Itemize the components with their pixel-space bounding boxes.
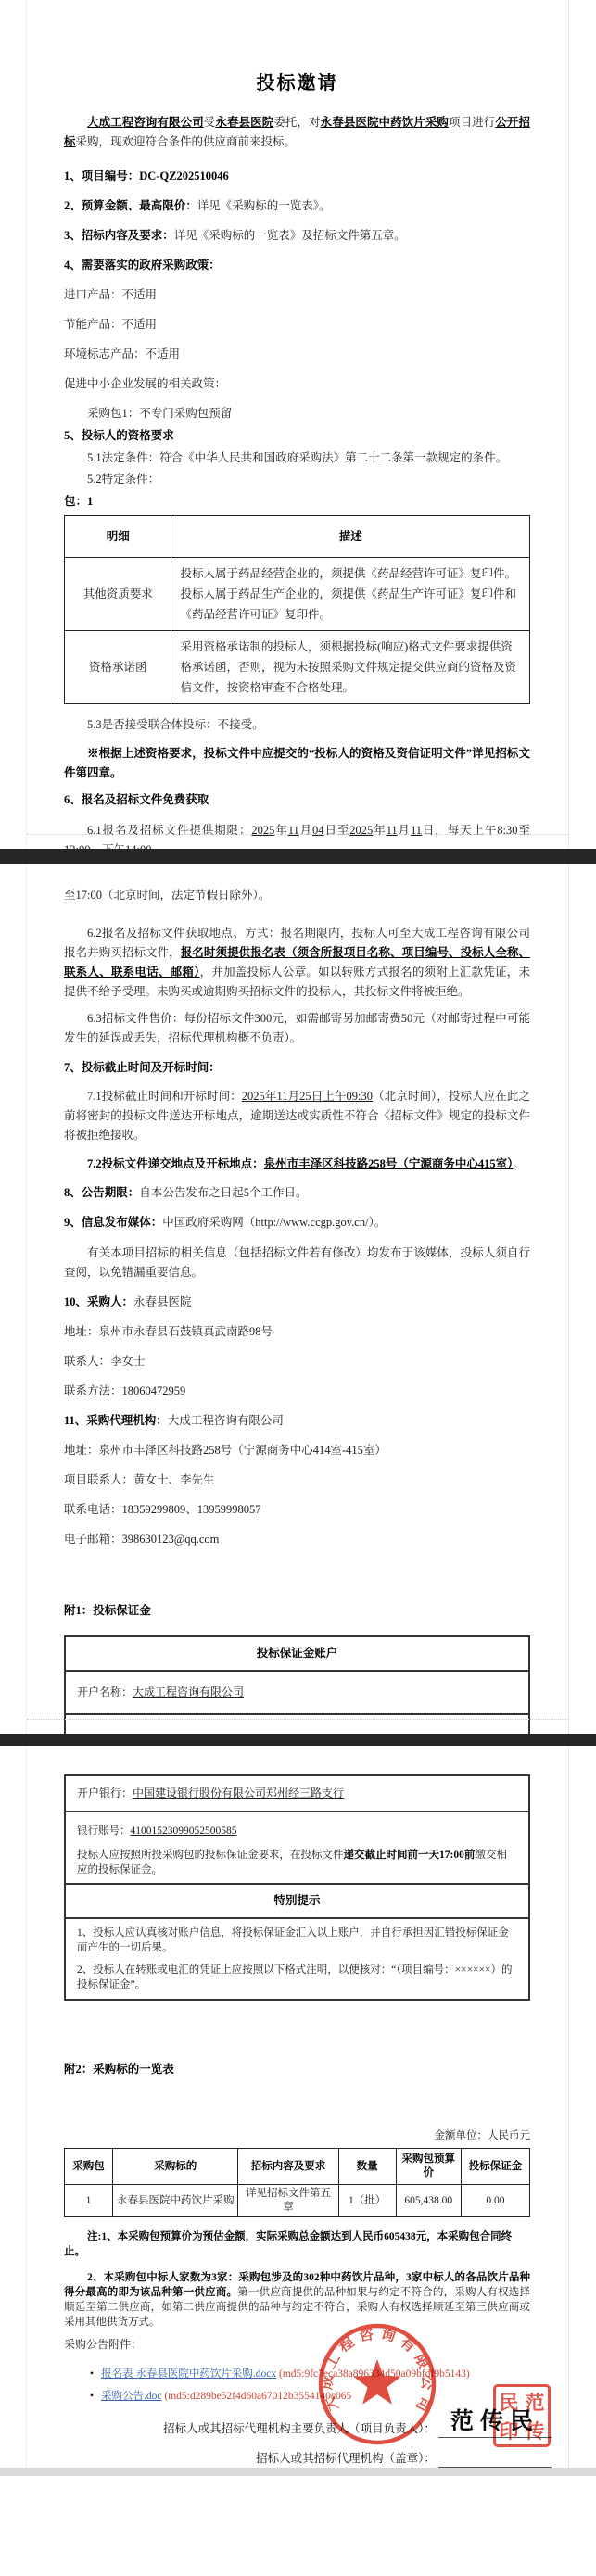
- text-run: 11: [387, 824, 398, 837]
- section-5-2: 5.2特定条件：: [64, 470, 530, 489]
- text-run: 7、投标截止时间及开标时间：: [64, 1061, 221, 1074]
- text-run: 开户银行：: [77, 1787, 133, 1799]
- text-run: 详见《采购标的一览表》。: [197, 199, 331, 212]
- section-6-2: 6.2报名及招标文件获取地点、方式：报名期限内，投标人可至大成工程咨询有限公司报…: [64, 924, 530, 1002]
- page-edge-shadow: [0, 2468, 596, 2476]
- text-run: 采购公告附件：: [64, 2338, 142, 2351]
- text-run: 注:1、本采购包预算价为预估金额，实际采购总金额达到人民币605438元，本采购…: [64, 2231, 512, 2257]
- text-run: 开户名称：: [77, 1686, 133, 1698]
- text-run: 项目进行: [449, 116, 495, 129]
- attachments-label: 采购公告附件：: [64, 2337, 530, 2352]
- stamp-line: [438, 2448, 552, 2468]
- text-run: 11、采购代理机构：: [64, 1414, 168, 1427]
- text-run: 项目联系人：黄女士、李先生: [64, 1473, 215, 1486]
- text-run: 永春县医院: [133, 1295, 192, 1308]
- page-2: 至17:00（北京时间，法定节假日除外）。 6.2报名及招标文件获取地点、方式：…: [26, 864, 569, 1734]
- page-1: 投标邀请 大成工程咨询有限公司受永春县医院委托，对永春县医院中药饮片采购项目进行…: [26, 0, 569, 849]
- table-row: 其他资质要求 投标人属于药品经营企业的，须提供《药品经营许可证》复印件。投标人属…: [65, 558, 530, 631]
- text-run: 5.2特定条件：: [87, 473, 159, 486]
- deposit-account-title: 投标保证金账户: [66, 1637, 528, 1670]
- document-canvas: 投标邀请 大成工程咨询有限公司受永春县医院委托，对永春县医院中药饮片采购项目进行…: [0, 0, 596, 2576]
- attachment-2-heading: 附2：采购标的一览表: [64, 2060, 530, 2079]
- text-run: 2025: [251, 824, 274, 837]
- attachment-link[interactable]: 采购公告.doc: [101, 2391, 161, 2402]
- text-run: 6.3招标文件售价：每份招标文件300元，如需邮寄另加邮寄费50元（对邮寄过程中…: [64, 1012, 530, 1044]
- text-run: 3、招标内容及要求：: [64, 229, 174, 242]
- lot-col-deposit: 投标保证金: [461, 2149, 529, 2185]
- table-continuation-cut: [64, 1715, 530, 1734]
- section-5-1: 5.1法定条件：符合《中华人民共和国政府采购法》第二十二条第一款规定的条件。: [64, 448, 530, 468]
- section-3-content: 3、招标内容及要求：详见《采购标的一览表》及招标文件第五章。: [64, 226, 530, 246]
- text-run: 采购，现欢迎符合条件的供应商前来投标。: [76, 135, 297, 148]
- text-run: 11: [288, 824, 299, 837]
- text-run: 月: [299, 824, 312, 837]
- lot-package: 1: [65, 2185, 113, 2217]
- text-run: 自本公告发布之日起5个工作日。: [139, 1186, 307, 1199]
- section-8-announcement-period: 8、公告期限：自本公告发布之日起5个工作日。: [64, 1183, 530, 1203]
- text-run: 联系人：李女士: [64, 1355, 146, 1368]
- section-6-1-continuation: 至17:00（北京时间，法定节假日除外）。: [64, 886, 530, 905]
- section-6-1: 6.1报名及招标文件提供期限：2025年11月04日至2025年11月11日，每…: [64, 821, 530, 849]
- text-run: 泉州市丰泽区科技路258号（宁源商务中心415室）: [264, 1157, 514, 1170]
- text-run: 5.1法定条件：符合《中华人民共和国政府采购法》第二十二条第一款规定的条件。: [87, 451, 507, 464]
- deposit-account-table-continued: 开户银行：中国建设银行股份有限公司郑州经三路支行 银行账号：4100152309…: [64, 1774, 530, 2001]
- deposit-account-table: 投标保证金账户 开户名称：大成工程咨询有限公司: [64, 1635, 530, 1715]
- section-6-registration: 6、报名及招标文件免费获取: [64, 790, 530, 810]
- text-run: 2025年11月25日上午09:30: [242, 1090, 373, 1103]
- section-6-3: 6.3招标文件售价：每份招标文件300元，如需邮寄另加邮寄费50元（对邮寄过程中…: [64, 1009, 530, 1048]
- lot-subject: 永春县医院中药饮片采购: [113, 2185, 238, 2217]
- text-run: 2、预算金额、最高限价：: [64, 199, 197, 212]
- account-number-row: 银行账号：41001523099052500585 投标人应按照所投采购包的投标…: [66, 1811, 528, 1883]
- special-notice-title: 特别提示: [66, 1883, 528, 1917]
- qual-row2-name: 资格承诺函: [65, 631, 171, 704]
- text-run: 中国政府采购网（http://www.ccgp.gov.cn/）。: [162, 1216, 386, 1229]
- text-run: 银行账号：: [77, 1825, 131, 1837]
- qual-row2-desc: 采用资格承诺制的投标人，须根据投标(响应)格式文件要求提供资格承诺函，否则，视为…: [171, 631, 530, 704]
- text-run: ※根据上述资格要求，投标文件中应提交的“投标人的资格及资信证明文件”详见招标文件…: [64, 747, 530, 779]
- text-run: 大成工程咨询有限公司: [87, 116, 204, 129]
- text-run: 采购包1：不专门采购包预留: [87, 407, 232, 420]
- text-run: 1、项目编号：DC-QZ202510046: [64, 170, 229, 183]
- text-run: 有关本项目招标的相关信息（包括招标文件若有修改）均发布于该媒体，投标人须自行查阅…: [64, 1246, 530, 1279]
- page-separator: [0, 1734, 596, 1746]
- text-run: 委托，对: [273, 116, 320, 129]
- purchaser-contact: 联系人：李女士: [64, 1352, 530, 1371]
- section-11-agency: 11、采购代理机构：大成工程咨询有限公司: [64, 1411, 530, 1431]
- special-notice-item2: 2、投标人在转账或电汇的凭证上应按照以下格式注明，以便核对：“（项目编号：×××…: [77, 1963, 517, 1992]
- special-notice-body: 1、投标人应认真核对账户信息，将投标保证金汇入以上账户，并自行承担因汇错投标保证…: [66, 1917, 528, 1999]
- text-run: 促进中小企业发展的相关政策：: [64, 377, 226, 390]
- bullet-icon: •: [90, 2389, 101, 2404]
- section-7-1: 7.1投标截止时间和开标时间：2025年11月25日上午09:30（北京时间），…: [64, 1087, 530, 1145]
- agency-address: 地址：泉州市丰泽区科技路258号（宁源商务中心414室-415室）: [64, 1441, 530, 1460]
- document-title: 投标邀请: [64, 70, 530, 96]
- text-run: 附1：投标保证金: [64, 1604, 151, 1617]
- qual-row1-desc: 投标人属于药品经营企业的，须提供《药品经营许可证》复印件。投标人属于药品生产企业…: [171, 558, 530, 631]
- text-run: 41001523099052500585: [131, 1825, 237, 1837]
- qualification-note: ※根据上述资格要求，投标文件中应提交的“投标人的资格及资信证明文件”详见招标文件…: [64, 744, 530, 783]
- lot-note-2: 2、本采购包中标人家数为3家：采购包涉及的302种中药饮片品种，3家中标人的各品…: [64, 2270, 530, 2330]
- text-run: 5.3是否接受联合体投标：不接受。: [87, 718, 264, 731]
- text-run: 永春县医院: [215, 116, 273, 129]
- text-run: (md5:d289be52f4d60a67012b3554140c065: [161, 2391, 351, 2402]
- agency-phone: 联系电话：18359299809、13959998057: [64, 1500, 530, 1520]
- text-run: 电子邮箱：398630123@qq.com: [64, 1533, 219, 1546]
- text-run: 至17:00（北京时间，法定节假日除外）。: [64, 889, 270, 902]
- lot-col-content: 招标内容及要求: [238, 2149, 338, 2185]
- text-run: 年: [274, 824, 287, 837]
- section-4-policy: 4、需要落实的政府采购政策：: [64, 256, 530, 275]
- text-run: 6.1报名及招标文件提供期限：: [87, 824, 251, 837]
- signature-name: 范传民: [450, 2409, 539, 2434]
- text-run: 日至: [324, 824, 350, 837]
- text-run: 4、需要落实的政府采购政策：: [64, 259, 221, 271]
- attachment-item-1: •报名表 永春县医院中药饮片采购.docx (md5:9fc7eca38a896…: [90, 2367, 530, 2381]
- policy-sme: 促进中小企业发展的相关政策：: [64, 374, 530, 394]
- responsible-person-row: 招标人或其招标代理机构主要负责人（项目负责人）： 范传民: [163, 2418, 552, 2438]
- text-run: 地址：泉州市永春县石鼓镇真武南路98号: [64, 1325, 273, 1338]
- purchaser-address: 地址：泉州市永春县石鼓镇真武南路98号: [64, 1322, 530, 1342]
- policy-env: 环境标志产品：不适用: [64, 345, 530, 364]
- text-run: 递交截止时间前一天17:00前: [344, 1850, 476, 1861]
- section-7-deadline: 7、投标截止时间及开标时间：: [64, 1058, 530, 1078]
- lot-quantity: 1（批）: [338, 2185, 396, 2217]
- text-run: 包：1: [64, 495, 93, 508]
- lot-content: 详见招标文件第五章: [238, 2185, 338, 2217]
- page-3: 开户银行：中国建设银行股份有限公司郑州经三路支行 银行账号：4100152309…: [26, 1746, 569, 2468]
- intro-paragraph: 大成工程咨询有限公司受永春县医院委托，对永春县医院中药饮片采购项目进行公开招标采…: [64, 113, 530, 152]
- account-number-note: 投标人应按照所投采购包的投标保证金要求，在投标文件递交截止时间前一天17:00前…: [77, 1848, 517, 1877]
- qual-col-description: 描述: [171, 516, 530, 558]
- text-run: 大成工程咨询有限公司: [133, 1686, 244, 1698]
- agency-stamp-row: 招标人或其招标代理机构（盖章）：: [256, 2448, 552, 2468]
- text-run: 永春县医院中药饮片采购: [321, 116, 449, 129]
- agency-contact: 项目联系人：黄女士、李先生: [64, 1471, 530, 1490]
- text-run: 年: [373, 824, 386, 837]
- lot-note-1: 注:1、本采购包预算价为预估金额，实际采购总金额达到人民币605438元，本采购…: [64, 2229, 530, 2259]
- text-run: (md5:9fc7eca38a896334d50a09bfdf9b5143): [276, 2368, 470, 2380]
- table-row: 资格承诺函 采用资格承诺制的投标人，须根据投标(响应)格式文件要求提供资格承诺函…: [65, 631, 530, 704]
- text-run: 联系电话：18359299809、13959998057: [64, 1503, 261, 1516]
- text-run: 10、采购人：: [64, 1295, 133, 1308]
- text-run: 8、公告期限：: [64, 1186, 139, 1199]
- signature-line: 范传民: [438, 2418, 552, 2438]
- lot-deposit: 0.00: [461, 2185, 529, 2217]
- text-run: 1、投标人应认真核对账户信息，将投标保证金汇入以上账户，并自行承担因汇错投标保证…: [77, 1927, 509, 1953]
- text-run: 11: [411, 824, 422, 837]
- text-run: 5、投标人的资格要求: [64, 429, 174, 442]
- section-5-qualification: 5、投标人的资格要求: [64, 426, 530, 446]
- table-row: 1 永春县医院中药饮片采购 详见招标文件第五章 1（批） 605,438.00 …: [65, 2185, 530, 2217]
- text-run: 2025: [349, 824, 373, 837]
- text-run: 大成工程咨询有限公司: [168, 1414, 284, 1427]
- attachment-link[interactable]: 报名表 永春县医院中药饮片采购.docx: [101, 2368, 276, 2380]
- lot-col-subject: 采购标的: [113, 2149, 238, 2185]
- text-run: 2、投标人在转账或电汇的凭证上应按照以下格式注明，以便核对：“（项目编号：×××…: [77, 1964, 513, 1990]
- purchaser-phone: 联系方法：18060472959: [64, 1382, 530, 1401]
- section-10-purchaser: 10、采购人：永春县医院: [64, 1293, 530, 1312]
- agency-stamp-label: 招标人或其招标代理机构（盖章）：: [256, 2452, 436, 2465]
- lot-col-quantity: 数量: [338, 2149, 396, 2185]
- policy-import: 进口产品：不适用: [64, 285, 530, 305]
- text-run: 中国建设银行股份有限公司郑州经三路支行: [133, 1787, 344, 1799]
- lot-budget: 605,438.00: [396, 2185, 461, 2217]
- special-notice-item1: 1、投标人应认真核对账户信息，将投标保证金汇入以上账户，并自行承担因汇错投标保证…: [77, 1926, 517, 1955]
- text-run: 附2：采购标的一览表: [64, 2063, 174, 2076]
- text-run: 联系方法：18060472959: [64, 1384, 185, 1397]
- lot-col-package: 采购包: [65, 2149, 113, 2185]
- text-run: 7.1投标截止时间和开标时间：: [87, 1090, 242, 1103]
- section-5-3: 5.3是否接受联合体投标：不接受。: [64, 715, 530, 735]
- table-header-row: 采购包 采购标的 招标内容及要求 数量 采购包预算价 投标保证金: [65, 2149, 530, 2185]
- lot-col-budget: 采购包预算价: [396, 2149, 461, 2185]
- bullet-icon: •: [90, 2367, 101, 2381]
- section-1-project-number: 1、项目编号：DC-QZ202510046: [64, 167, 530, 186]
- table-header-row: 明细 描述: [65, 516, 530, 558]
- qual-row1-name: 其他资质要求: [65, 558, 171, 631]
- responsible-person-label: 招标人或其招标代理机构主要负责人（项目负责人）：: [163, 2422, 436, 2435]
- text-run: 9、信息发布媒体：: [64, 1216, 162, 1229]
- text-run: 环境标志产品：不适用: [64, 347, 180, 360]
- text-run: 投标人应按照所投采购包的投标保证金要求，在投标文件: [77, 1850, 344, 1861]
- policy-energy: 节能产品：不适用: [64, 315, 530, 335]
- attachment-item-2: •采购公告.doc (md5:d289be52f4d60a67012b35541…: [90, 2389, 530, 2404]
- attachment-1-heading: 附1：投标保证金: [64, 1601, 530, 1621]
- account-number: 银行账号：41001523099052500585: [77, 1824, 517, 1838]
- text-run: 7.2投标文件递交地点及开标地点：: [87, 1157, 264, 1170]
- procurement-lot-table: 采购包 采购标的 招标内容及要求 数量 采购包预算价 投标保证金 1 永春县医院…: [64, 2148, 530, 2217]
- qualification-table: 明细 描述 其他资质要求 投标人属于药品经营企业的，须提供《药品经营许可证》复印…: [64, 515, 530, 704]
- package-label: 包：1: [64, 492, 530, 511]
- text-run: 。: [513, 1157, 525, 1170]
- amount-unit-label: 金额单位：人民币元: [64, 2128, 530, 2142]
- text-run: 6、报名及招标文件免费获取: [64, 793, 209, 806]
- page-separator: [0, 849, 596, 864]
- section-7-2: 7.2投标文件递交地点及开标地点：泉州市丰泽区科技路258号（宁源商务中心415…: [64, 1155, 530, 1174]
- text-run: 04: [312, 824, 324, 837]
- text-run: 受: [204, 116, 216, 129]
- text-run: 地址：泉州市丰泽区科技路258号（宁源商务中心414室-415室）: [64, 1444, 387, 1457]
- policy-package1: 采购包1：不专门采购包预留: [87, 404, 530, 423]
- account-name-row: 开户名称：大成工程咨询有限公司: [66, 1670, 528, 1713]
- section-9-note: 有关本项目招标的相关信息（包括招标文件若有修改）均发布于该媒体，投标人须自行查阅…: [64, 1244, 530, 1282]
- text-run: 进口产品：不适用: [64, 288, 157, 301]
- agency-email: 电子邮箱：398630123@qq.com: [64, 1530, 530, 1549]
- account-bank-row: 开户银行：中国建设银行股份有限公司郑州经三路支行: [66, 1776, 528, 1811]
- text-run: 节能产品：不适用: [64, 318, 157, 331]
- text-run: 月: [398, 824, 411, 837]
- section-2-budget: 2、预算金额、最高限价：详见《采购标的一览表》。: [64, 196, 530, 216]
- qual-col-detail: 明细: [65, 516, 171, 558]
- text-run: 详见《采购标的一览表》及招标文件第五章。: [174, 229, 406, 242]
- section-9-media: 9、信息发布媒体：中国政府采购网（http://www.ccgp.gov.cn/…: [64, 1213, 530, 1232]
